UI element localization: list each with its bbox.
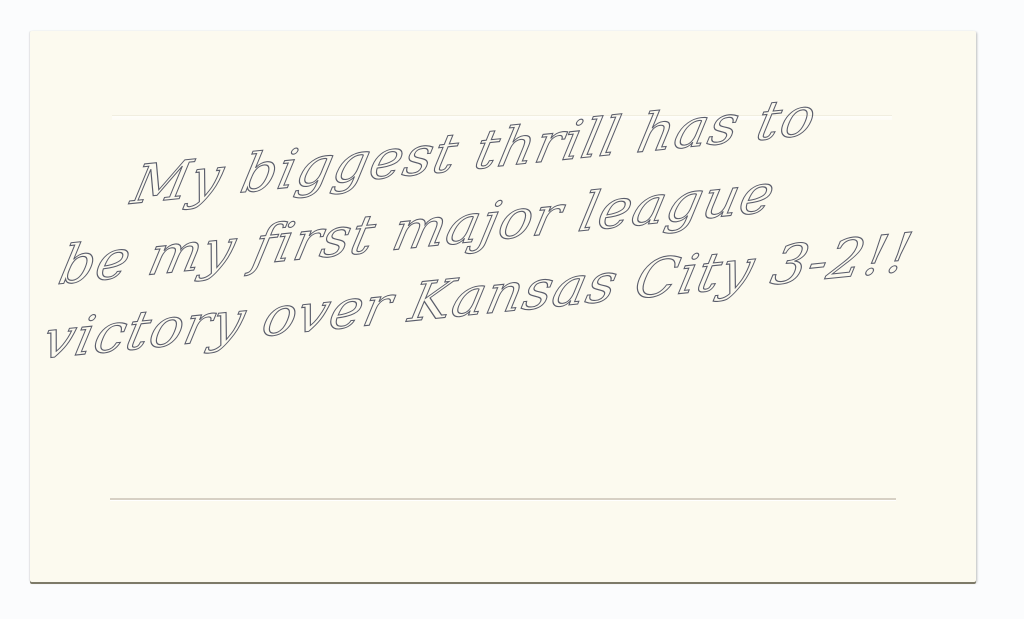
index-card: My biggest thrill has to be my first maj… <box>30 31 976 582</box>
signature-line <box>110 498 896 500</box>
